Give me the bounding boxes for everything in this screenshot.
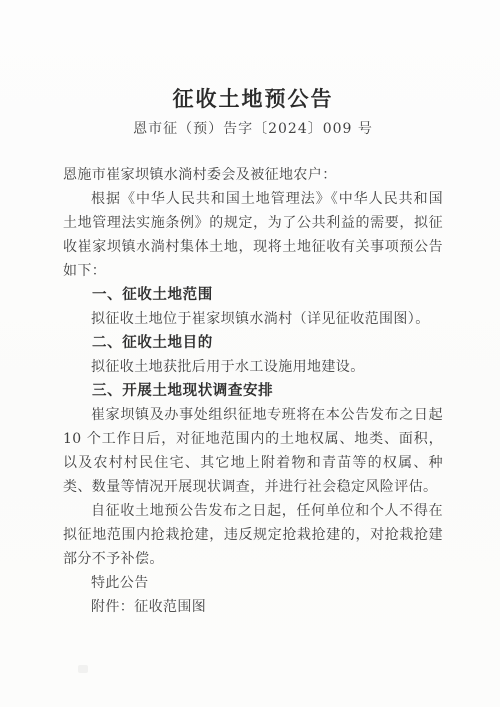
section-3-paragraph-1: 崔家坝镇及办事处组织征地专班将在本公告发布之日起 10 个工作日后，对征地范围内…	[63, 403, 443, 499]
section-2-paragraph: 拟征收土地获批后用于水工设施用地建设。	[63, 355, 443, 379]
attachment-line: 附件：征收范围图	[63, 595, 443, 619]
intro-paragraph: 根据《中华人民共和国土地管理法》《中华人民共和国土地管理法实施条例》的规定，为了…	[63, 187, 443, 283]
document-page: 征收土地预公告 恩市征（预）告字〔2024〕009 号 恩施市崔家坝镇水淌村委会…	[0, 0, 500, 707]
section-3-heading: 三、开展土地现状调查安排	[63, 379, 443, 403]
salutation-line: 恩施市崔家坝镇水淌村委会及被征地农户：	[63, 163, 443, 187]
document-number: 恩市征（预）告字〔2024〕009 号	[63, 120, 443, 138]
section-3-paragraph-2: 自征收土地预公告发布之日起，任何单位和个人不得在拟征地范围内抢栽抢建，违反规定抢…	[63, 499, 443, 571]
document-body: 恩施市崔家坝镇水淌村委会及被征地农户： 根据《中华人民共和国土地管理法》《中华人…	[63, 163, 443, 619]
section-1-heading: 一、征收土地范围	[63, 283, 443, 307]
section-2-heading: 二、征收土地目的	[63, 331, 443, 355]
closing-line: 特此公告	[63, 571, 443, 595]
document-title: 征收土地预公告	[63, 86, 443, 112]
section-1-paragraph: 拟征收土地位于崔家坝镇水淌村（详见征收范围图）。	[63, 307, 443, 331]
scan-artifact	[78, 665, 88, 673]
